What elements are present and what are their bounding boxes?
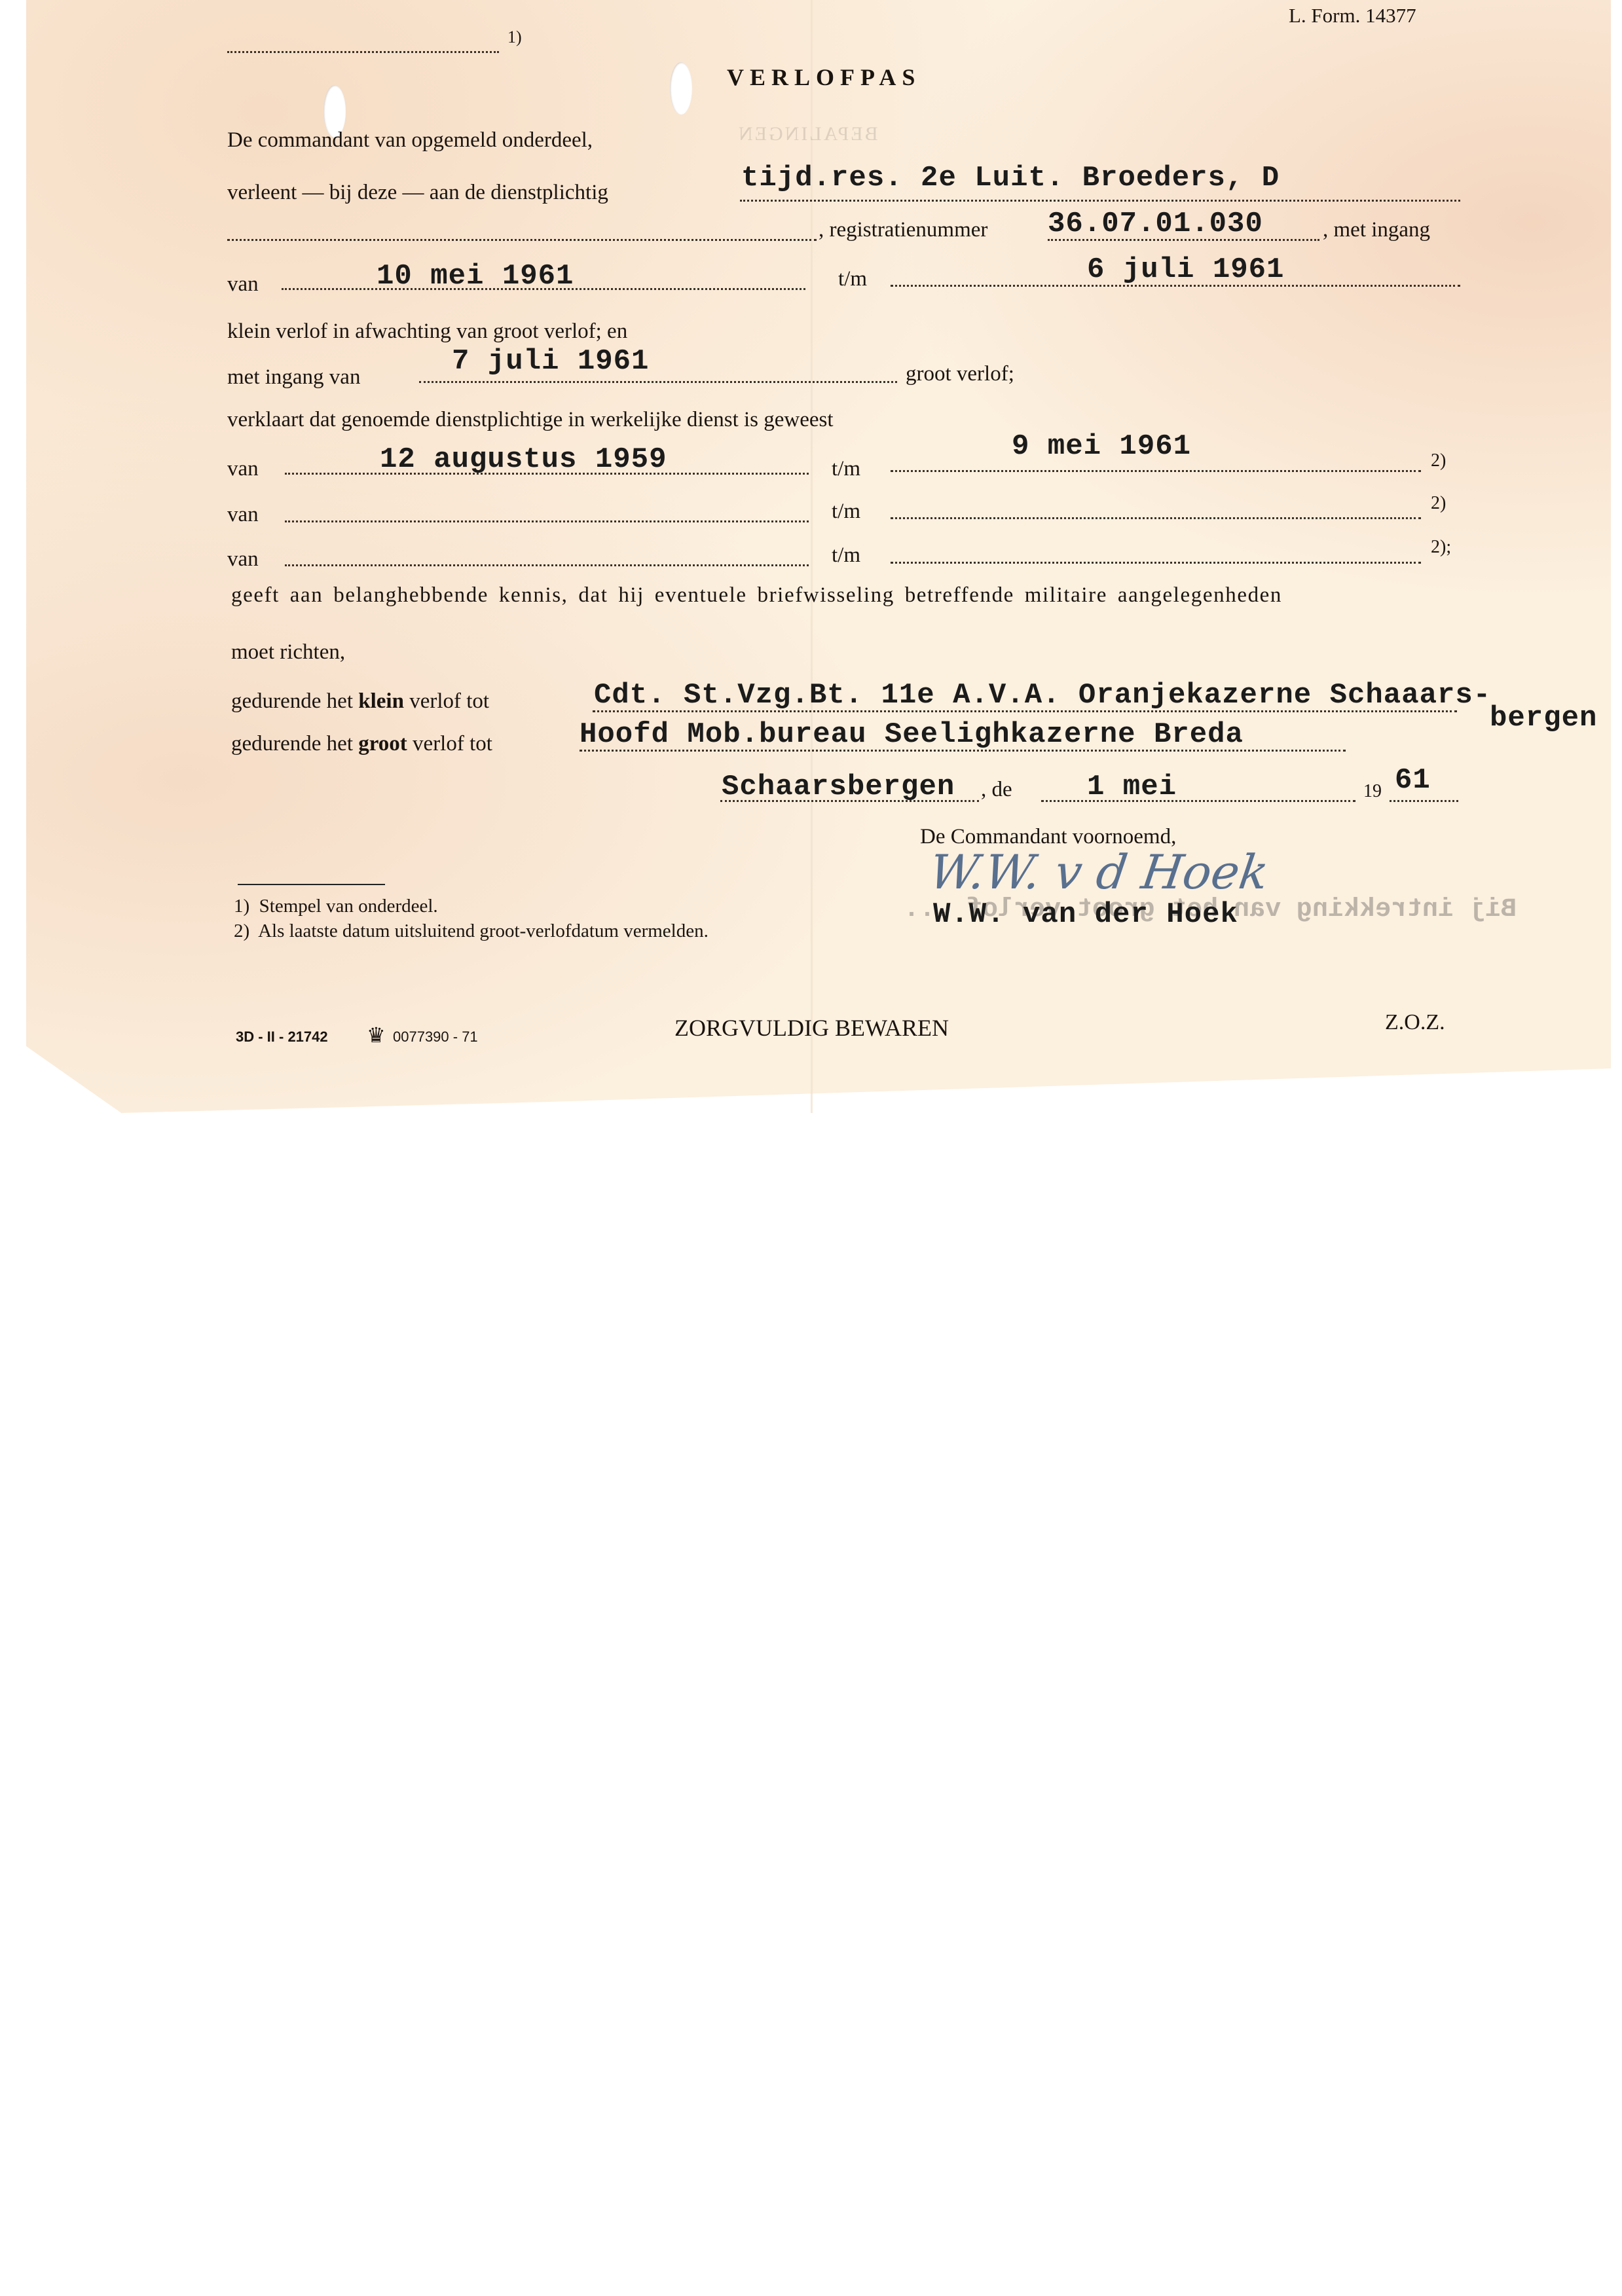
van-label-3: van bbox=[227, 504, 259, 526]
reverse-heading: BEPALINGEN bbox=[737, 124, 878, 144]
groot-verlof-address-label: gedurende het groot verlof tot bbox=[231, 733, 492, 755]
conscript-name: tijd.res. 2e Luit. Broeders, D bbox=[741, 164, 1280, 192]
year-suffix: 61 bbox=[1395, 766, 1431, 795]
leave-to-date: 6 juli 1961 bbox=[1087, 255, 1284, 284]
intro-line: De commandant van opgemeld onderdeel, bbox=[227, 130, 593, 151]
groot-verlof-from-date: 7 juli 1961 bbox=[452, 347, 649, 376]
tm-label-3: t/m bbox=[832, 501, 860, 522]
klein-verlof-address-cont: bergen bbox=[1490, 704, 1597, 733]
moet-richten-text: moet richten, bbox=[231, 642, 345, 663]
footnote-separator bbox=[238, 884, 385, 885]
name-field-line bbox=[740, 200, 1460, 202]
registration-label: , registratienummer bbox=[819, 219, 987, 241]
document-title: VERLOFPAS bbox=[727, 65, 921, 89]
van-label-4: van bbox=[227, 549, 259, 570]
footnote-1: 1) Stempel van onderdeel. bbox=[234, 897, 438, 916]
unit-stamp-field bbox=[227, 51, 499, 53]
place: Schaarsbergen bbox=[722, 773, 955, 801]
klein-verlof-address: Cdt. St.Vzg.Bt. 11e A.V.A. Oranjekazerne… bbox=[594, 681, 1491, 710]
service-from-line-2 bbox=[285, 520, 809, 522]
footnote-marker-1: 1) bbox=[507, 29, 522, 46]
verleent-label: verleent — bij deze — aan de dienstplich… bbox=[227, 182, 608, 204]
footnote-ref-2c: 2); bbox=[1431, 538, 1451, 556]
footnote-ref-2b: 2) bbox=[1431, 494, 1446, 513]
groot-verlof-address: Hoofd Mob.bureau Seelighkazerne Breda bbox=[580, 720, 1244, 749]
service-to-line-3 bbox=[891, 562, 1421, 564]
groot-verlof-label: groot verlof; bbox=[906, 363, 1014, 385]
leave-from-date: 10 mei 1961 bbox=[377, 262, 574, 291]
signatory-name: W.W. van der Hoek bbox=[933, 900, 1238, 929]
keep-notice: ZORGVULDIG BEWAREN bbox=[674, 1016, 949, 1040]
footnote-ref-2a: 2) bbox=[1431, 452, 1446, 470]
kennis-text: geeft aan belanghebbende kennis, dat hij… bbox=[231, 585, 1282, 606]
year-prefix: 19 bbox=[1363, 782, 1382, 801]
service-to-1: 9 mei 1961 bbox=[1012, 432, 1191, 461]
van-label-2: van bbox=[227, 458, 259, 480]
registration-number: 36.07.01.030 bbox=[1048, 210, 1263, 238]
print-code-right: 0077390 - 71 bbox=[393, 1030, 478, 1044]
met-ingang-label: , met ingang bbox=[1323, 219, 1430, 241]
de-label: , de bbox=[981, 779, 1012, 801]
date: 1 mei bbox=[1087, 773, 1177, 801]
groot-verlof-from-line bbox=[419, 381, 897, 383]
service-to-line-1 bbox=[891, 470, 1421, 472]
met-ingang-van-label: met ingang van bbox=[227, 367, 360, 388]
verklaart-text: verklaart dat genoemde dienstplichtige i… bbox=[227, 409, 834, 431]
klein-verlof-label: gedurende het klein verlof tot bbox=[231, 691, 489, 712]
klein-verlof-text: klein verlof in afwachting van groot ver… bbox=[227, 321, 627, 342]
service-to-line-2 bbox=[891, 517, 1421, 519]
service-from-line-3 bbox=[285, 564, 809, 566]
zoz-notice: Z.O.Z. bbox=[1385, 1011, 1445, 1034]
service-from-1: 12 augustus 1959 bbox=[380, 445, 667, 474]
tm-label-1: t/m bbox=[838, 268, 867, 290]
footnote-2: 2) Als laatste datum uitsluitend groot-v… bbox=[234, 922, 709, 941]
print-code-left: 3D - II - 21742 bbox=[236, 1030, 328, 1044]
tm-label-2: t/m bbox=[832, 458, 860, 480]
name-field-line-2 bbox=[227, 239, 817, 241]
handwritten-signature: W.W. v d Hoek bbox=[926, 845, 1272, 900]
form-number: L. Form. 14377 bbox=[1289, 5, 1416, 26]
punch-hole-right bbox=[670, 62, 692, 115]
crown-emblem-icon: ♛ bbox=[367, 1025, 386, 1046]
year-line bbox=[1390, 800, 1458, 802]
van-label-1: van bbox=[227, 274, 259, 295]
tm-label-4: t/m bbox=[832, 545, 860, 566]
